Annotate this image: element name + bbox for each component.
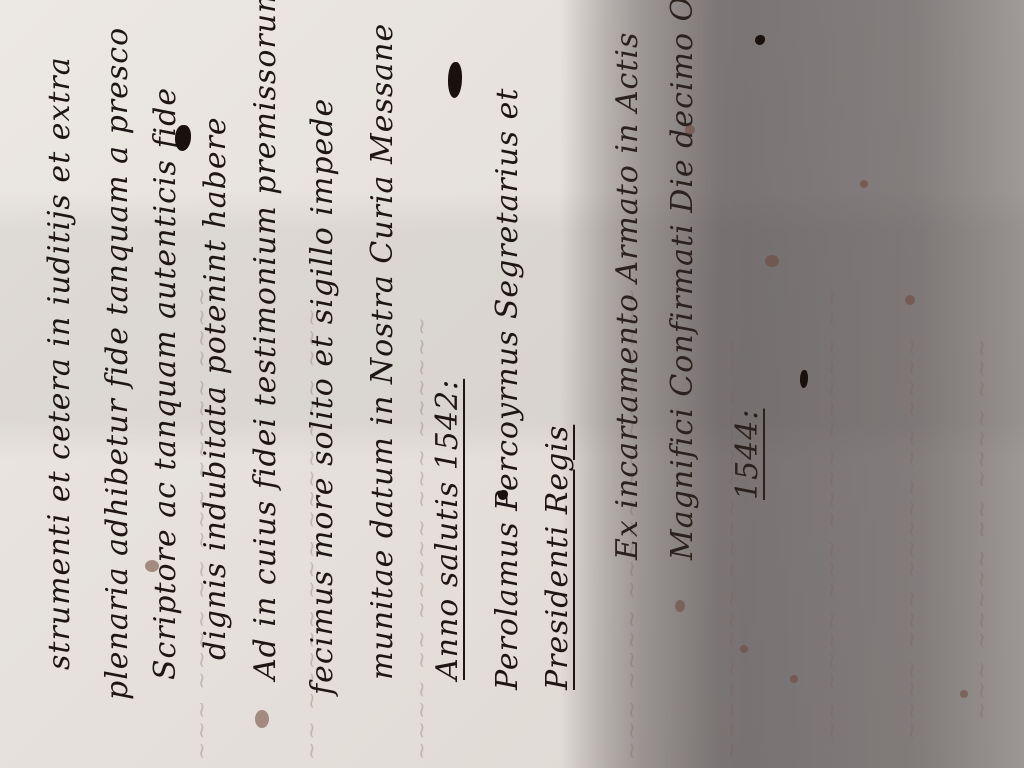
manuscript-line: Magnifici Confirmati Die decimo Octobris [665, 0, 700, 560]
anno-salutis-text: Anno salutis 1542: [430, 379, 465, 680]
manuscript-line: dignis indubitata potenint habere [198, 116, 233, 660]
manuscript-line: strumenti et cetera in iuditijs et extra [42, 56, 77, 670]
manuscript-line: Ex incartamento Armato in Actis [610, 32, 645, 560]
bleed-through-text: ~~ ~~~~ ~~~ ~~~~ ~~~~~ ~~ [820, 286, 845, 740]
bleed-through-text: ~~~ ~~~~~ ~~ ~~~~ ~~~ [970, 337, 995, 720]
foxing-spot [905, 295, 915, 305]
manuscript-line: Anno salutis 1542: [430, 379, 465, 680]
manuscript-line: Ad in cuius fidei testimonium premissoru… [248, 0, 283, 680]
foxing-spot [685, 125, 695, 135]
signature-text: Presidenti Regis [540, 425, 575, 690]
bleed-through-text: ~~~~ ~~~ ~~~~~ ~~ ~~~~ [900, 336, 925, 740]
manuscript-line: munitae datum in Nostra Curia Messane [365, 23, 400, 680]
manuscript-line: Perolamus Percoyrnus Segretarius et [490, 88, 525, 690]
foxing-spot [675, 600, 685, 612]
manuscript-line: plenaria adhibetur fide tanquam a presco [100, 27, 135, 700]
foxing-spot [255, 710, 269, 728]
bleed-through-text: ~~~~~ ~~~ ~~~~ ~~~~~ ~~ [720, 336, 745, 760]
foxing-spot [145, 560, 159, 572]
year-marker: 1544: [730, 409, 765, 500]
foxing-spot [740, 645, 748, 653]
foxing-spot [765, 255, 779, 267]
manuscript-line: Presidenti Regis [540, 425, 575, 690]
manuscript-line: fecimus more solito et sigillo impede [305, 98, 340, 695]
manuscript-line: Scriptore ac tanquam autenticis fide [148, 87, 183, 680]
foxing-spot [790, 675, 798, 683]
foxing-spot [960, 690, 968, 698]
manuscript-line: 1544: [730, 409, 765, 500]
foxing-spot [860, 180, 868, 188]
